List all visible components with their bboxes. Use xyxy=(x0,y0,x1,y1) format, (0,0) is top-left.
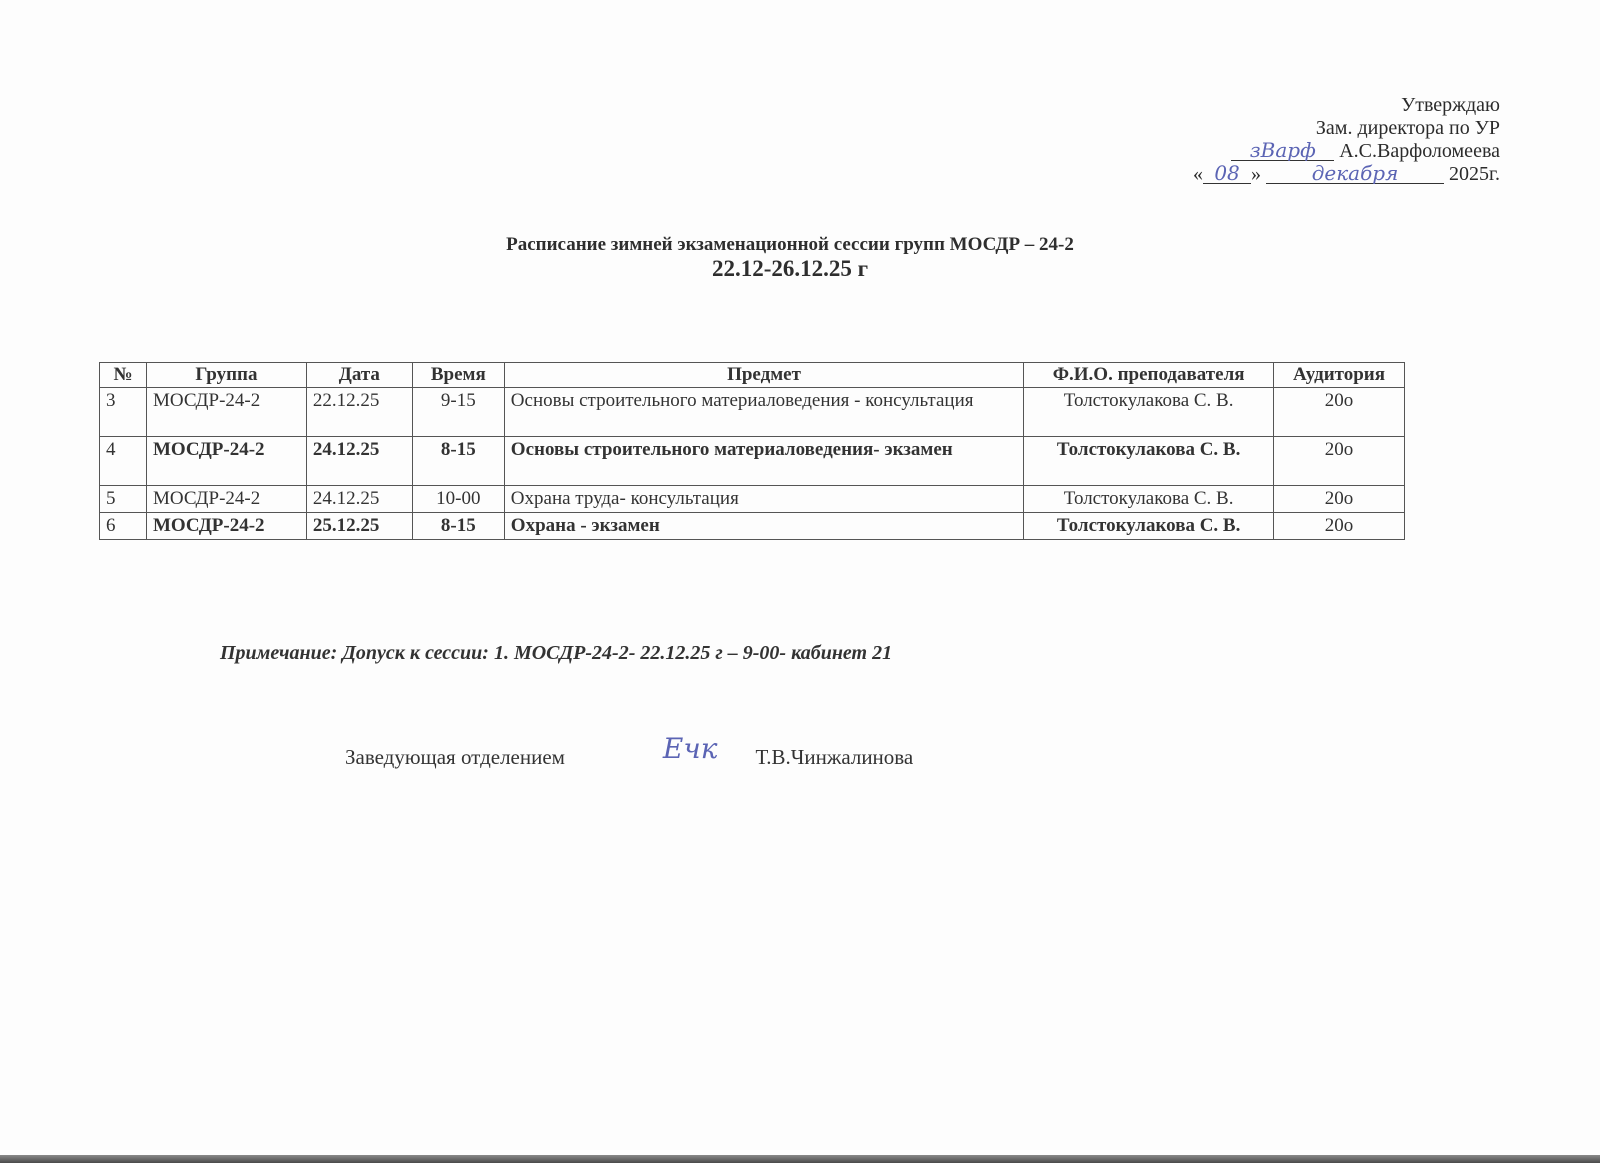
cell-time: 9-15 xyxy=(412,388,504,437)
table-row: 6 МОСДР-24-2 25.12.25 8-15 Охрана - экза… xyxy=(100,513,1405,540)
cell-teacher: Толстокулакова С. В. xyxy=(1024,437,1274,486)
cell-teacher: Толстокулакова С. В. xyxy=(1024,513,1274,540)
table-row: 5 МОСДР-24-2 24.12.25 10-00 Охрана труда… xyxy=(100,486,1405,513)
header-group: Группа xyxy=(146,363,306,388)
schedule-table: № Группа Дата Время Предмет Ф.И.О. препо… xyxy=(99,362,1405,540)
cell-num: 3 xyxy=(100,388,147,437)
header-date: Дата xyxy=(306,363,412,388)
document-period: 22.12-26.12.25 г xyxy=(0,256,1580,282)
header-room: Аудитория xyxy=(1274,363,1405,388)
cell-room: 20о xyxy=(1274,513,1405,540)
cell-num: 4 xyxy=(100,437,147,486)
header-teacher: Ф.И.О. преподавателя xyxy=(1024,363,1274,388)
document-title: Расписание зимней экзаменационной сессии… xyxy=(0,234,1580,256)
approval-heading: Утверждаю xyxy=(1193,94,1500,117)
cell-room: 20о xyxy=(1274,388,1405,437)
footer-name: Т.В.Чинжалинова xyxy=(755,745,913,769)
cell-subject: Охрана труда- консультация xyxy=(504,486,1023,513)
table-row: 3 МОСДР-24-2 22.12.25 9-15 Основы строит… xyxy=(100,388,1405,437)
cell-time: 8-15 xyxy=(412,437,504,486)
cell-room: 20о xyxy=(1274,486,1405,513)
table-header-row: № Группа Дата Время Предмет Ф.И.О. препо… xyxy=(100,363,1405,388)
cell-room: 20о xyxy=(1274,437,1405,486)
approval-signer-name: А.С.Варфоломеева xyxy=(1339,140,1500,162)
cell-group: МОСДР-24-2 xyxy=(146,513,306,540)
approval-date-month: декабря xyxy=(1266,163,1444,184)
quote-close: » xyxy=(1251,163,1261,185)
cell-teacher: Толстокулакова С. В. xyxy=(1024,388,1274,437)
cell-group: МОСДР-24-2 xyxy=(146,437,306,486)
footer-signature: Ечк xyxy=(630,732,750,765)
cell-num: 5 xyxy=(100,486,147,513)
cell-group: МОСДР-24-2 xyxy=(146,388,306,437)
cell-date: 24.12.25 xyxy=(306,437,412,486)
approval-position: Зам. директора по УР xyxy=(1193,117,1500,140)
cell-group: МОСДР-24-2 xyxy=(146,486,306,513)
quote-open: « xyxy=(1193,163,1203,185)
cell-date: 24.12.25 xyxy=(306,486,412,513)
cell-subject: Основы строительного материаловедения- э… xyxy=(504,437,1023,486)
cell-num: 6 xyxy=(100,513,147,540)
cell-time: 10-00 xyxy=(412,486,504,513)
cell-subject: Охрана - экзамен xyxy=(504,513,1023,540)
approval-date-year: 2025г. xyxy=(1449,163,1500,185)
approval-date: «08» декабря 2025г. xyxy=(1193,163,1500,186)
admission-note: Примечание: Допуск к сессии: 1. МОСДР-24… xyxy=(220,642,892,665)
cell-subject: Основы строительного материаловедения - … xyxy=(504,388,1023,437)
table-row: 4 МОСДР-24-2 24.12.25 8-15 Основы строит… xyxy=(100,437,1405,486)
cell-time: 8-15 xyxy=(412,513,504,540)
cell-date: 22.12.25 xyxy=(306,388,412,437)
footer-signature-block: Заведующая отделением Ечк Т.В.Чинжалинов… xyxy=(345,738,913,771)
scan-edge-bar xyxy=(0,1155,1600,1163)
approval-signature: зВарф xyxy=(1231,140,1334,161)
approval-date-day: 08 xyxy=(1203,163,1251,184)
header-num: № xyxy=(100,363,147,388)
header-subject: Предмет xyxy=(504,363,1023,388)
cell-teacher: Толстокулакова С. В. xyxy=(1024,486,1274,513)
footer-position: Заведующая отделением xyxy=(345,745,565,769)
header-time: Время xyxy=(412,363,504,388)
cell-date: 25.12.25 xyxy=(306,513,412,540)
approval-signer-line: зВарф А.С.Варфоломеева xyxy=(1193,140,1500,163)
approval-block: Утверждаю Зам. директора по УР зВарф А.С… xyxy=(1193,94,1500,186)
